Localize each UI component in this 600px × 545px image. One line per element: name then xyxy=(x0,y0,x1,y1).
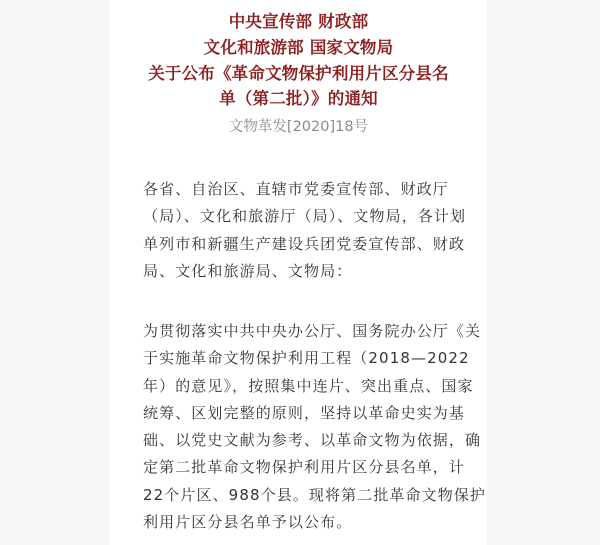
paragraph-line: 础、以党史文献为参考、以革命文物为依据，确 xyxy=(143,427,468,454)
paragraph-line: 为贯彻落实中共中央办公厅、国务院办公厅《关 xyxy=(143,318,468,345)
paragraph-line: 各省、自治区、直辖市党委宣传部、财政厅 xyxy=(143,176,468,203)
paragraph-line: （局）、文化和旅游厅（局）、文物局，各计划 xyxy=(143,203,468,230)
paragraph-line: 定第二批革命文物保护利用片区分县名单，计 xyxy=(143,454,468,481)
paragraph-line: 22个片区、988个县。现将第二批革命文物保护 xyxy=(143,482,468,509)
issuers-line-1: 中央宣传部 财政部 xyxy=(110,9,487,35)
document-number: 文物革发[2020]18号 xyxy=(110,115,487,139)
notice-title-line-2: 单（第二批）》的通知 xyxy=(110,86,487,112)
issuers-line-2: 文化和旅游部 国家文物局 xyxy=(110,35,487,61)
document-page: 中央宣传部 财政部 文化和旅游部 国家文物局 关于公布《革命文物保护利用片区分县… xyxy=(110,0,487,545)
paragraph-line: 局、文化和旅游局、文物局： xyxy=(143,258,468,285)
document-header: 中央宣传部 财政部 文化和旅游部 国家文物局 关于公布《革命文物保护利用片区分县… xyxy=(110,9,487,139)
addressee-paragraph: 各省、自治区、直辖市党委宣传部、财政厅 （局）、文化和旅游厅（局）、文物局，各计… xyxy=(143,176,468,285)
paragraph-line: 单列市和新疆生产建设兵团党委宣传部、财政 xyxy=(143,231,468,258)
paragraph-line: 统筹、区划完整的原则，坚持以革命史实为基 xyxy=(143,400,468,427)
paragraph-line: 于实施革命文物保护利用工程（2018—2022 xyxy=(143,345,468,372)
notice-title-line-1: 关于公布《革命文物保护利用片区分县名 xyxy=(110,61,487,87)
paragraph-line: 年）的意见》，按照集中连片、突出重点、国家 xyxy=(143,373,468,400)
body-paragraph: 为贯彻落实中共中央办公厅、国务院办公厅《关 于实施革命文物保护利用工程（2018… xyxy=(143,318,468,536)
paragraph-line: 利用片区分县名单予以公布。 xyxy=(143,509,468,536)
